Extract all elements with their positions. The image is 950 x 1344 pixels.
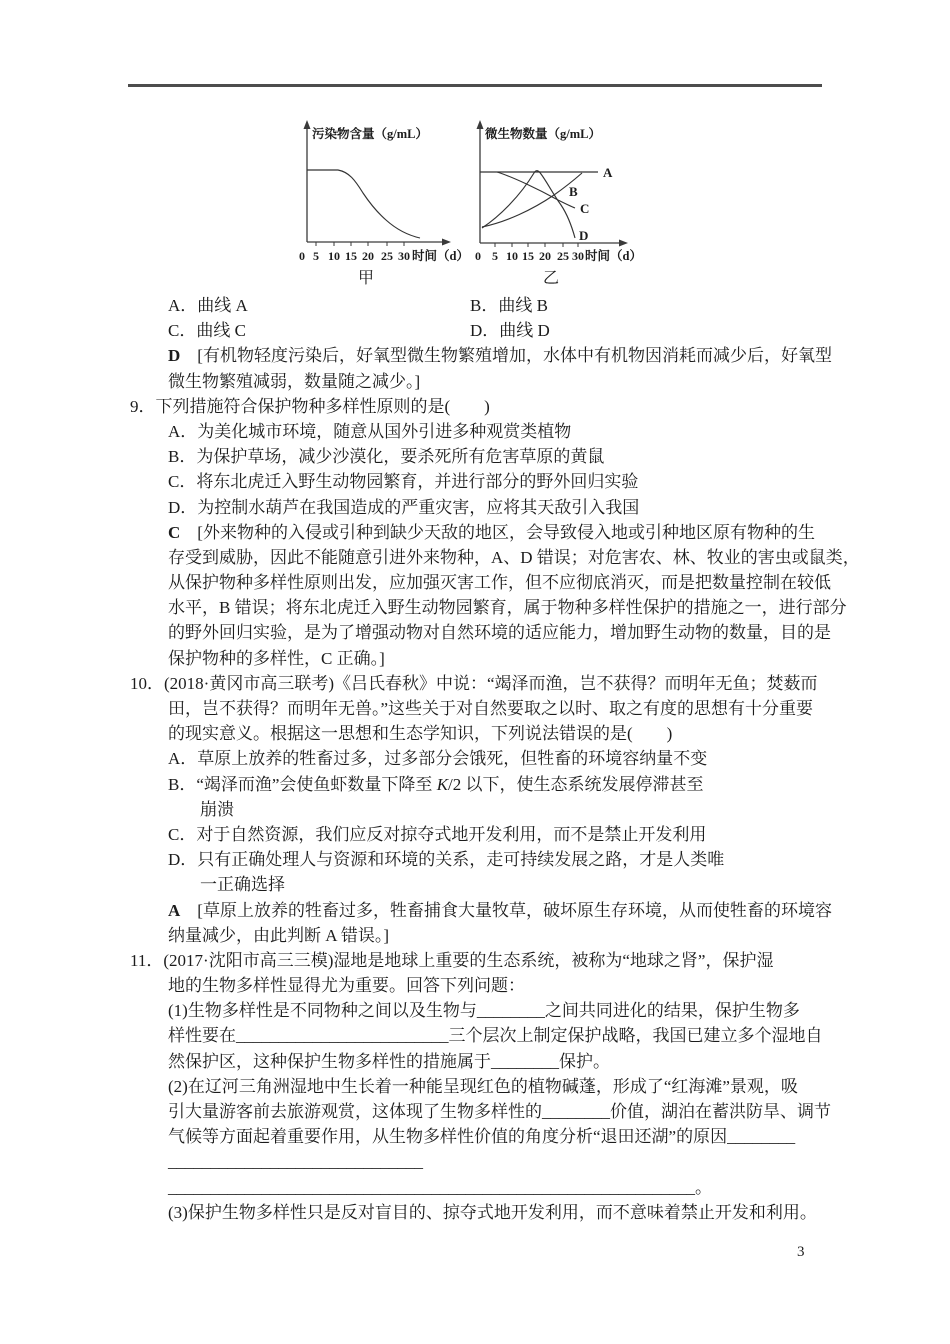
option-column-2: B．曲线 B xyxy=(470,293,548,318)
text-line: 然保护区，这种保护生物多样性的措施属于________保护。 xyxy=(130,1049,835,1074)
text-line: 一正确选择 xyxy=(130,872,835,897)
exam-page: 污染物含量（g/mL） 0 5 10 15 20 25 30 时间（d） 甲 微… xyxy=(0,0,950,1344)
text-line: 气候等方面起着重要作用，从生物多样性价值的角度分析“退田还湖”的原因______… xyxy=(130,1124,835,1149)
curve-a-label: A xyxy=(603,165,613,180)
text-run: D．曲线 D xyxy=(470,321,550,340)
text-run: (3)保护生物多样性只是反对盲目的、掠夺式地开发利用，而不意味着禁止开发和利用。 xyxy=(168,1203,817,1222)
text-line: 10．(2018·黄冈市高三联考)《吕氏春秋》中说：“竭泽而渔，岂不获得？而明年… xyxy=(130,671,835,696)
text-run: [有机物轻度污染后，好氧型微生物繁殖增加，水体中有机物因消耗而减少后，好氧型 xyxy=(180,346,832,365)
text-line: C [外来物种的入侵或引种到缺少天敌的地区，会导致侵入地或引种地区原有物种的生 xyxy=(130,520,835,545)
chart-caption: 乙 xyxy=(543,270,559,287)
text-line: A．曲线 AB．曲线 B xyxy=(130,293,835,318)
text-run: D．只有正确处理人与资源和环境的关系，走可持续发展之路，才是人类唯 xyxy=(168,850,724,869)
text-run: ______________________________ xyxy=(168,1152,423,1171)
x-axis-arrow xyxy=(619,240,628,247)
text-run: (2)在辽河三角洲湿地中生长着一种能呈现红色的植物碱蓬，形成了“红海滩”景观，吸 xyxy=(168,1077,798,1096)
text-run: C．对于自然资源，我们应反对掠夺式地开发利用，而不是禁止开发利用 xyxy=(168,825,706,844)
text-run: 地的生物多样性显得尤为重要。回答下列问题： xyxy=(168,976,525,995)
content-lines: A．曲线 AB．曲线 BC．曲线 CD．曲线 DD [有机物轻度污染后，好氧型微… xyxy=(130,293,835,1225)
x-tick-label: 0 xyxy=(299,249,305,263)
chart-yi: 微生物数量（g/mL） A B C D 0 5 10 15 20 25 30 时… xyxy=(468,116,668,288)
text-run: 水平，B 错误；将东北虎迁入野生动物园繁育，属于物种多样性保护的措施之一，进行部… xyxy=(168,598,847,617)
text-run: 11．(2017·沈阳市高三三模)湿地是地球上重要的生态系统，被称为“地球之肾”… xyxy=(130,951,773,970)
text-run: 样性要在_________________________三个层次上制定保护战略… xyxy=(168,1026,823,1045)
curve-d-line xyxy=(482,171,575,238)
text-line: 微生物繁殖减弱，数量随之减少。] xyxy=(130,369,835,394)
text-run: /2 以下，使生态系统发展停滞甚至 xyxy=(448,775,703,794)
x-tick-label: 25 xyxy=(557,249,569,263)
x-tick-label: 25 xyxy=(381,249,393,263)
text-line: C．对于自然资源，我们应反对掠夺式地开发利用，而不是禁止开发利用 xyxy=(130,822,835,847)
answer-letter: C xyxy=(168,523,180,542)
text-line: B．为保护草场，减少沙漠化，要杀死所有危害草原的黄鼠 xyxy=(130,444,835,469)
text-line: (2)在辽河三角洲湿地中生长着一种能呈现红色的植物碱蓬，形成了“红海滩”景观，吸 xyxy=(130,1074,835,1099)
x-axis-arrow xyxy=(442,239,451,246)
text-line: 地的生物多样性显得尤为重要。回答下列问题： xyxy=(130,973,835,998)
text-run: 保护物种的多样性，C 正确。] xyxy=(168,649,385,668)
text-run: K xyxy=(437,775,448,794)
text-run: 然保护区，这种保护生物多样性的措施属于________保护。 xyxy=(168,1052,610,1071)
x-tick-label: 15 xyxy=(345,249,357,263)
curve-c-line xyxy=(497,172,575,208)
curve-d-label: D xyxy=(579,228,588,243)
pollutant-curve xyxy=(307,170,420,238)
text-run: 引大量游客前去旅游观赏，这体现了生物多样性的________价值，湖泊在蓄洪防旱… xyxy=(168,1102,831,1121)
text-line: 保护物种的多样性，C 正确。] xyxy=(130,646,835,671)
answer-letter: D xyxy=(168,346,180,365)
text-run: D．为控制水葫芦在我国造成的严重灾害，应将其天敌引入我国 xyxy=(168,498,639,517)
text-run: C．曲线 C xyxy=(168,321,246,340)
page-number: 3 xyxy=(797,1244,805,1261)
text-run: C．将东北虎迁入野生动物园繁育，并进行部分的野外回归实验 xyxy=(168,472,638,491)
text-run: 从保护物种多样性原则出发，应加强灭害工作，但不应彻底消灭，而是把数量控制在较低 xyxy=(168,573,831,592)
text-run: 崩溃 xyxy=(200,800,234,819)
y-axis-label: 污染物含量（g/mL） xyxy=(312,126,428,141)
text-run: [草原上放养的牲畜过多，牲畜捕食大量牧草，破坏原生存环境，从而使牲畜的环境容 xyxy=(180,901,832,920)
text-run: A．曲线 A xyxy=(168,296,248,315)
text-run: 的野外回归实验，是为了增强动物对自然环境的适应能力，增加野生动物的数量，目的是 xyxy=(168,623,831,642)
text-run: 10．(2018·黄冈市高三联考)《吕氏春秋》中说：“竭泽而渔，岂不获得？而明年… xyxy=(130,674,818,693)
text-line: 水平，B 错误；将东北虎迁入野生动物园繁育，属于物种多样性保护的措施之一，进行部… xyxy=(130,595,835,620)
text-run: 气候等方面起着重要作用，从生物多样性价值的角度分析“退田还湖”的原因______… xyxy=(168,1127,795,1146)
x-tick-label: 5 xyxy=(492,249,498,263)
text-line: D [有机物轻度污染后，好氧型微生物繁殖增加，水体中有机物因消耗而减少后，好氧型 xyxy=(130,343,835,368)
text-run: 一正确选择 xyxy=(200,875,285,894)
text-run: 微生物繁殖减弱，数量随之减少。] xyxy=(168,372,420,391)
text-line: D．为控制水葫芦在我国造成的严重灾害，应将其天敌引入我国 xyxy=(130,495,835,520)
text-line: B．“竭泽而渔”会使鱼虾数量下降至 K/2 以下，使生态系统发展停滞甚至 xyxy=(130,772,835,797)
text-line: 崩溃 xyxy=(130,797,835,822)
text-run: 9．下列措施符合保护物种多样性原则的是( ) xyxy=(130,397,490,416)
text-line: ______________________________ xyxy=(130,1149,835,1174)
text-line: A [草原上放养的牲畜过多，牲畜捕食大量牧草，破坏原生存环境，从而使牲畜的环境容 xyxy=(130,898,835,923)
x-tick-label: 20 xyxy=(362,249,374,263)
text-line: 从保护物种多样性原则出发，应加强灭害工作，但不应彻底消灭，而是把数量控制在较低 xyxy=(130,570,835,595)
option-column-2: D．曲线 D xyxy=(470,318,550,343)
text-line: A．为美化城市环境，随意从国外引进多种观赏类植物 xyxy=(130,419,835,444)
text-run: B．曲线 B xyxy=(470,296,548,315)
curve-b-label: B xyxy=(569,184,578,199)
x-axis-label: 时间（d） xyxy=(585,248,642,263)
chart-jia: 污染物含量（g/mL） 0 5 10 15 20 25 30 时间（d） 甲 xyxy=(293,116,483,288)
text-run: 田，岂不获得？而明年无兽。”这些关于对自然要取之以时、取之有度的思想有十分重要 xyxy=(168,699,813,718)
y-axis-label: 微生物数量（g/mL） xyxy=(485,126,601,141)
x-tick-label: 10 xyxy=(328,249,340,263)
curve-b-line xyxy=(482,173,582,227)
x-tick-label: 15 xyxy=(522,249,534,263)
text-line: 引大量游客前去旅游观赏，这体现了生物多样性的________价值，湖泊在蓄洪防旱… xyxy=(130,1099,835,1124)
text-line: 存受到威胁，因此不能随意引进外来物种，A、D 错误；对危害农、林、牧业的害虫或鼠… xyxy=(130,545,835,570)
x-tick-label: 30 xyxy=(572,249,584,263)
text-run: B．“竭泽而渔”会使鱼虾数量下降至 xyxy=(168,775,437,794)
text-run: A．为美化城市环境，随意从国外引进多种观赏类植物 xyxy=(168,422,571,441)
text-line: 的现实意义。根据这一思想和生态学知识，下列说法错误的是( ) xyxy=(130,721,835,746)
text-run: 存受到威胁，因此不能随意引进外来物种，A、D 错误；对危害农、林、牧业的害虫或鼠… xyxy=(168,548,860,567)
text-line: D．只有正确处理人与资源和环境的关系，走可持续发展之路，才是人类唯 xyxy=(130,847,835,872)
text-line: (3)保护生物多样性只是反对盲目的、掠夺式地开发利用，而不意味着禁止开发和利用。 xyxy=(130,1200,835,1225)
text-run: ________________________________________… xyxy=(168,1178,712,1197)
answer-letter: A xyxy=(168,901,180,920)
text-run: B．为保护草场，减少沙漠化，要杀死所有危害草原的黄鼠 xyxy=(168,447,604,466)
x-tick-label: 20 xyxy=(539,249,551,263)
text-line: C．曲线 CD．曲线 D xyxy=(130,318,835,343)
text-line: 纳量减少，由此判断 A 错误。] xyxy=(130,923,835,948)
chart-caption: 甲 xyxy=(358,269,374,287)
x-tick-label: 10 xyxy=(506,249,518,263)
text-run: [外来物种的入侵或引种到缺少天敌的地区，会导致侵入地或引种地区原有物种的生 xyxy=(180,523,815,542)
curve-c-label: C xyxy=(580,201,589,216)
text-line: 样性要在_________________________三个层次上制定保护战略… xyxy=(130,1023,835,1048)
text-run: 的现实意义。根据这一思想和生态学知识，下列说法错误的是( ) xyxy=(168,724,672,743)
text-line: 田，岂不获得？而明年无兽。”这些关于对自然要取之以时、取之有度的思想有十分重要 xyxy=(130,696,835,721)
x-tick-label: 0 xyxy=(475,249,481,263)
text-line: A．草原上放养的牲畜过多，过多部分会饿死，但牲畜的环境容纳量不变 xyxy=(130,746,835,771)
text-line: 11．(2017·沈阳市高三三模)湿地是地球上重要的生态系统，被称为“地球之肾”… xyxy=(130,948,835,973)
text-run: A．草原上放养的牲畜过多，过多部分会饿死，但牲畜的环境容纳量不变 xyxy=(168,749,707,768)
x-axis-label: 时间（d） xyxy=(412,248,469,263)
text-line: 9．下列措施符合保护物种多样性原则的是( ) xyxy=(130,394,835,419)
text-line: (1)生物多样性是不同物种之间以及生物与________之间共同进化的结果，保护… xyxy=(130,998,835,1023)
x-tick-label: 5 xyxy=(313,249,319,263)
text-run: 纳量减少，由此判断 A 错误。] xyxy=(168,926,389,945)
text-run: (1)生物多样性是不同物种之间以及生物与________之间共同进化的结果，保护… xyxy=(168,1001,800,1020)
text-line: 的野外回归实验，是为了增强动物对自然环境的适应能力，增加野生动物的数量，目的是 xyxy=(130,620,835,645)
x-tick-label: 30 xyxy=(398,249,410,263)
text-line: C．将东北虎迁入野生动物园繁育，并进行部分的野外回归实验 xyxy=(130,469,835,494)
header-rule xyxy=(128,84,822,87)
text-line: ________________________________________… xyxy=(130,1175,835,1200)
